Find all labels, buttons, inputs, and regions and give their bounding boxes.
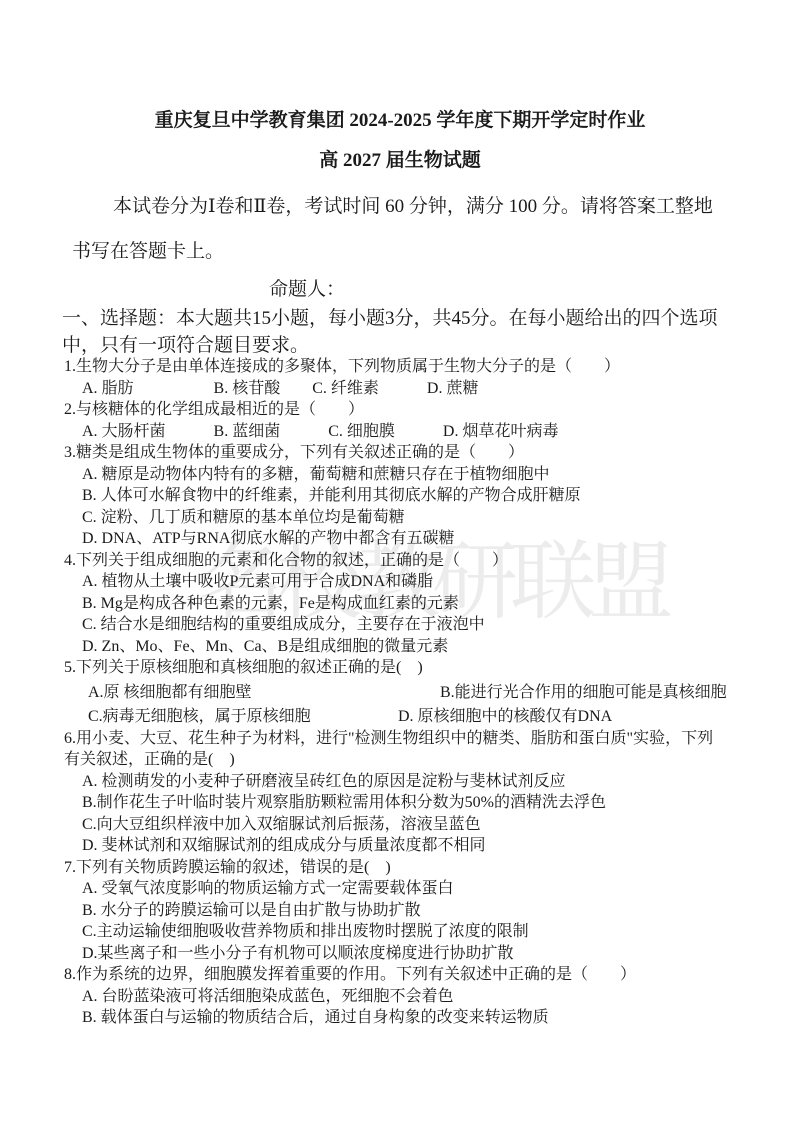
document-content: 重庆复旦中学教育集团 2024-2025 学年度下期开学定时作业 高 2027 …	[0, 0, 794, 1029]
question-6-option-d: D. 斐林试剂和双缩脲试剂的组成成分与质量浓度都不相同	[62, 835, 738, 857]
question-4-option-a: A. 植物从土壤中吸收P元素可用于合成DNA和磷脂	[62, 571, 738, 593]
question-3-option-a: A. 糖原是动物体内特有的多糖，葡萄糖和蔗糖只存在于植物细胞中	[62, 464, 738, 486]
question-1: 1.生物大分子是由单体连接成的多聚体，下列物质属于生物大分子的是（ ） A. 脂…	[62, 356, 738, 399]
section-heading-line2: 中，只有一项符合题目要求。	[62, 332, 738, 359]
question-5-stem: 5.下列关于原核细胞和真核细胞的叙述正确的是( )	[62, 657, 738, 679]
question-5-option-b: B.能进行光合作用的细胞可能是真核细胞	[440, 682, 727, 704]
question-6-stem-line2: 有关叙述，正确的是( )	[62, 749, 738, 771]
question-8-stem: 8.作为系统的边界，细胞膜发挥着重要的作用。下列有关叙述中正确的是（ ）	[62, 964, 738, 986]
question-4: 4.下列关于组成细胞的元素和化合物的叙述，正确的是（ ） A. 植物从土壤中吸收…	[62, 550, 738, 658]
question-2-stem: 2.与核糖体的化学组成最相近的是（ ）	[62, 399, 738, 421]
question-6-option-b: B.制作花生子叶临时装片观察脂肪颗粒需用体积分数为50%的酒精洗去浮色	[62, 792, 738, 814]
question-5-option-c: C.病毒无细胞核，属于原核细胞	[88, 706, 398, 728]
question-6-option-c: C.向大豆组织样液中加入双缩脲试剂后振荡，溶液呈蓝色	[62, 814, 738, 836]
question-5-options-row2: C.病毒无细胞核，属于原核细胞 D. 原核细胞中的核酸仅有DNA	[62, 706, 738, 728]
question-4-option-c: C. 结合水是细胞结构的重要组成成分，主要存在于液泡中	[62, 614, 738, 636]
question-7-option-c: C.主动运输使细胞吸收营养物质和排出废物时摆脱了浓度的限制	[62, 921, 738, 943]
question-4-option-d: D. Zn、Mo、Fe、Mn、Ca、B是组成细胞的微量元素	[62, 636, 738, 658]
exam-paper-page: 名校教研联盟 重庆复旦中学教育集团 2024-2025 学年度下期开学定时作业 …	[0, 0, 794, 1123]
question-8-option-a: A. 台盼蓝染液可将活细胞染成蓝色，死细胞不会着色	[62, 986, 738, 1008]
question-1-options: A. 脂肪 B. 核苷酸 C. 纤维素 D. 蔗糖	[62, 378, 738, 400]
question-5-option-d: D. 原核细胞中的核酸仅有DNA	[398, 706, 612, 728]
question-2-options: A. 大肠杆菌 B. 蓝细菌 C. 细胞膜 D. 烟草花叶病毒	[62, 421, 738, 443]
section-heading-line1: 一、选择题：本大题共15小题，每小题3分，共45分。在每小题给出的四个选项	[62, 305, 738, 332]
question-7-option-b: B. 水分子的跨膜运输可以是自由扩散与协助扩散	[62, 900, 738, 922]
exam-instructions-line2: 书写在答题卡上。	[62, 240, 738, 264]
question-8: 8.作为系统的边界，细胞膜发挥着重要的作用。下列有关叙述中正确的是（ ） A. …	[62, 964, 738, 1029]
question-3: 3.糖类是组成生物体的重要成分，下列有关叙述正确的是（ ） A. 糖原是动物体内…	[62, 442, 738, 550]
question-3-option-d: D. DNA、ATP与RNA彻底水解的产物中都含有五碳糖	[62, 528, 738, 550]
question-1-stem: 1.生物大分子是由单体连接成的多聚体，下列物质属于生物大分子的是（ ）	[62, 356, 738, 378]
question-6-stem-line1: 6.用小麦、大豆、花生种子为材料，进行"检测生物组织中的糖类、脂肪和蛋白质"实验…	[62, 728, 738, 750]
question-6: 6.用小麦、大豆、花生种子为材料，进行"检测生物组织中的糖类、脂肪和蛋白质"实验…	[62, 728, 738, 857]
question-7-stem: 7.下列有关物质跨膜运输的叙述，错误的是( )	[62, 857, 738, 879]
question-3-option-c: C. 淀粉、几丁质和糖原的基本单位均是葡萄糖	[62, 507, 738, 529]
question-list: 1.生物大分子是由单体连接成的多聚体，下列物质属于生物大分子的是（ ） A. 脂…	[62, 356, 738, 1029]
question-5: 5.下列关于原核细胞和真核细胞的叙述正确的是( ) A.原 核细胞都有细胞壁 B…	[62, 657, 738, 728]
question-3-stem: 3.糖类是组成生物体的重要成分，下列有关叙述正确的是（ ）	[62, 442, 738, 464]
exam-title-line2: 高 2027 届生物试题	[62, 149, 738, 173]
question-6-option-a: A. 检测萌发的小麦种子研磨液呈砖红色的原因是淀粉与斐林试剂反应	[62, 771, 738, 793]
question-2: 2.与核糖体的化学组成最相近的是（ ） A. 大肠杆菌 B. 蓝细菌 C. 细胞…	[62, 399, 738, 442]
question-setter-label: 命题人：	[269, 278, 738, 302]
exam-title-line1: 重庆复旦中学教育集团 2024-2025 学年度下期开学定时作业	[62, 109, 738, 133]
question-7-option-a: A. 受氧气浓度影响的物质运输方式一定需要载体蛋白	[62, 878, 738, 900]
question-5-options-row1: A.原 核细胞都有细胞壁 B.能进行光合作用的细胞可能是真核细胞	[62, 682, 738, 704]
question-5-option-a: A.原 核细胞都有细胞壁	[88, 682, 440, 704]
question-4-option-b: B. Mg是构成各种色素的元素，Fe是构成血红素的元素	[62, 593, 738, 615]
exam-instructions-line1: 本试卷分为Ⅰ卷和Ⅱ卷，考试时间 60 分钟，满分 100 分。请将答案工整地	[62, 195, 738, 219]
question-3-option-b: B. 人体可水解食物中的纤维素，并能利用其彻底水解的产物合成肝糖原	[62, 485, 738, 507]
question-7-option-d: D.某些离子和一些小分子有机物可以顺浓度梯度进行协助扩散	[62, 943, 738, 965]
question-8-option-b: B. 载体蛋白与运输的物质结合后，通过自身构象的改变来转运物质	[62, 1007, 738, 1029]
question-4-stem: 4.下列关于组成细胞的元素和化合物的叙述，正确的是（ ）	[62, 550, 738, 572]
question-7: 7.下列有关物质跨膜运输的叙述，错误的是( ) A. 受氧气浓度影响的物质运输方…	[62, 857, 738, 965]
